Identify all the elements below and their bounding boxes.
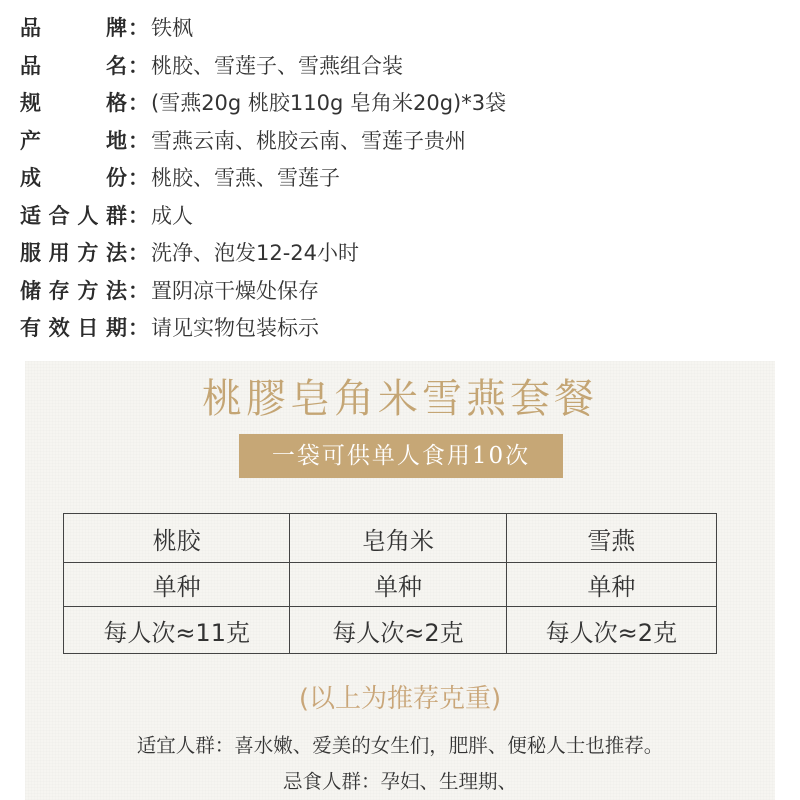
table-cell: 单种	[64, 563, 290, 607]
spec-label: 有 效 日 期	[20, 310, 127, 348]
spec-label: 储 存 方 法	[20, 273, 127, 311]
spec-label: 规 格	[20, 85, 127, 123]
spec-expiry: 有 效 日 期 ： 请见实物包装标示	[20, 310, 780, 348]
spec-value: 请见实物包装标示	[151, 310, 319, 348]
spec-value: 桃胶、雪燕、雪莲子	[151, 160, 340, 198]
table-cell: 每人次≈2克	[290, 607, 506, 654]
table-row: 桃胶 皂角米 雪燕	[64, 514, 717, 563]
recommended-weight-note: (以上为推荐克重)	[25, 679, 775, 719]
spec-value: 洗净、泡发12-24小时	[151, 235, 359, 273]
panel-title: 桃膠皂角米雪燕套餐	[25, 369, 775, 429]
spec-origin: 产 地 ： 雪燕云南、桃胶云南、雪莲子贵州	[20, 123, 780, 161]
avoid-group-text: 忌食人群：孕妇、生理期、	[25, 765, 775, 799]
spec-ingredients: 成 份 ： 桃胶、雪燕、雪莲子	[20, 160, 780, 198]
spec-value: (雪燕20g 桃胶110g 皂角米20g)*3袋	[151, 85, 506, 123]
table-cell: 桃胶	[64, 514, 290, 563]
spec-usage: 服 用 方 法 ： 洗净、泡发12-24小时	[20, 235, 780, 273]
spec-label: 产 地	[20, 123, 127, 161]
product-specs: 品 牌 ： 铁枫 品 名 ： 桃胶、雪莲子、雪燕组合装 规 格 ： (雪燕20g…	[20, 10, 780, 348]
table-cell: 每人次≈2克	[506, 607, 716, 654]
servings-badge: 一袋可供单人食用10次	[239, 434, 563, 478]
spec-label: 品 名	[20, 48, 127, 86]
spec-product-name: 品 名 ： 桃胶、雪莲子、雪燕组合装	[20, 48, 780, 86]
spec-label: 适 合 人 群	[20, 198, 127, 236]
suitable-group-text: 适宜人群：喜水嫩、爱美的女生们，肥胖、便秘人士也推荐。	[25, 729, 775, 763]
table-cell: 雪燕	[506, 514, 716, 563]
spec-specification: 规 格 ： (雪燕20g 桃胶110g 皂角米20g)*3袋	[20, 85, 780, 123]
spec-brand: 品 牌 ： 铁枫	[20, 10, 780, 48]
table-cell: 皂角米	[290, 514, 506, 563]
spec-value: 铁枫	[151, 10, 193, 48]
spec-label: 成 份	[20, 160, 127, 198]
spec-value: 雪燕云南、桃胶云南、雪莲子贵州	[151, 123, 466, 161]
spec-storage: 储 存 方 法 ： 置阴凉干燥处保存	[20, 273, 780, 311]
spec-label: 服 用 方 法	[20, 235, 127, 273]
spec-value: 置阴凉干燥处保存	[151, 273, 319, 311]
table-row: 每人次≈11克 每人次≈2克 每人次≈2克	[64, 607, 717, 654]
table-cell: 单种	[506, 563, 716, 607]
spec-target-group: 适 合 人 群 ： 成人	[20, 198, 780, 236]
spec-value: 桃胶、雪莲子、雪燕组合装	[151, 48, 403, 86]
spec-value: 成人	[151, 198, 193, 236]
table-cell: 单种	[290, 563, 506, 607]
dosage-table: 桃胶 皂角米 雪燕 单种 单种 单种 每人次≈11克 每人次≈2克 每人次≈2克	[63, 513, 717, 654]
package-info-panel: 桃膠皂角米雪燕套餐 一袋可供单人食用10次 桃胶 皂角米 雪燕 单种 单种 单种…	[25, 361, 775, 800]
spec-label: 品 牌	[20, 10, 127, 48]
table-row: 单种 单种 单种	[64, 563, 717, 607]
table-cell: 每人次≈11克	[64, 607, 290, 654]
